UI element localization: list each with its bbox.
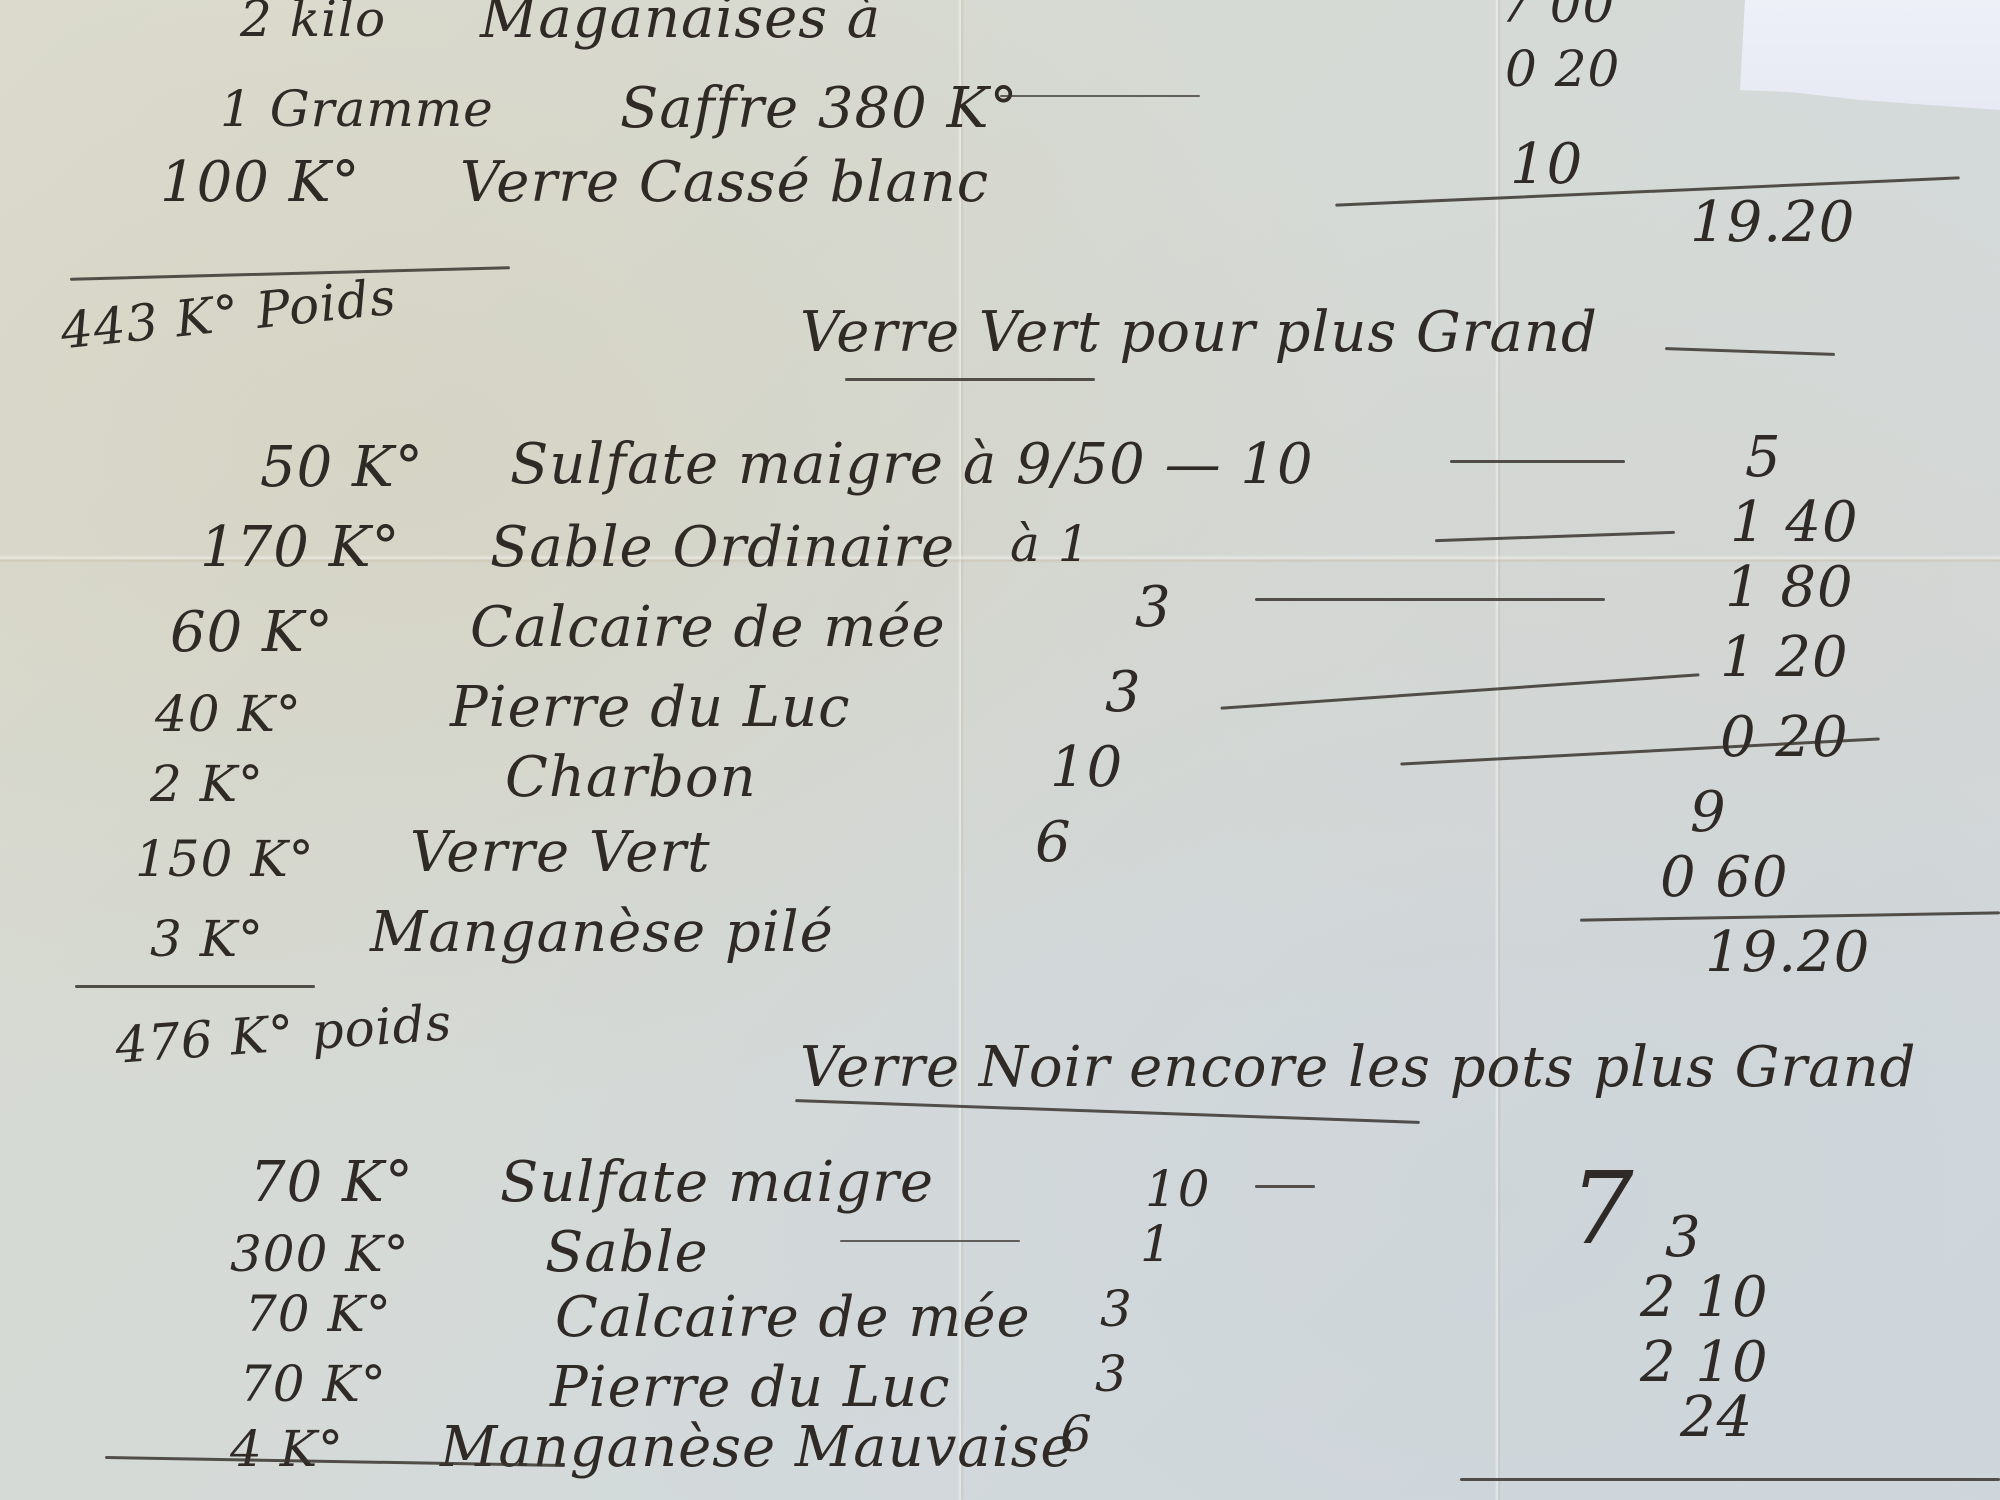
item-rate: 1 (1140, 1215, 1173, 1273)
item-qty: 70 K° (250, 1150, 414, 1215)
item-name: Pierre du Luc (550, 1355, 951, 1420)
item-qty: 150 K° (135, 830, 315, 888)
item-qty: 3 K° (150, 910, 264, 968)
item-amount: 0 20 (1720, 705, 1849, 770)
item-amount: 7 00 (1500, 0, 1615, 34)
item-qty: 60 K° (170, 600, 334, 665)
item-amount: 7 (1570, 1150, 1635, 1267)
item-qty: 70 K° (240, 1355, 387, 1413)
item-rate: 6 (1060, 1405, 1093, 1463)
document-photo: 2 kilo Maganaises à 7 00 1 Gramme Saffre… (0, 0, 2000, 1500)
item-name: Verre Cassé blanc (460, 150, 989, 215)
item-name: Maganaises à (480, 0, 881, 51)
leader-line (1450, 460, 1625, 463)
item-qty: 2 K° (150, 755, 264, 813)
item-name: Sable Ordinaire (490, 515, 955, 580)
item-qty: 2 kilo (240, 0, 386, 48)
subtotal-rule (1460, 1478, 2000, 1481)
subtotal-rule (75, 985, 315, 988)
item-rate: 3 (1105, 660, 1142, 725)
item-qty: 300 K° (230, 1225, 410, 1283)
section-heading: Verre Noir encore les pots plus Grand (800, 1035, 1916, 1100)
section-heading: Verre Vert pour plus Grand (800, 300, 1598, 365)
item-rate: 3 (1135, 575, 1172, 640)
item-amount: 2 10 (1640, 1265, 1769, 1330)
item-amount: 0 20 (1505, 40, 1620, 98)
item-amount: 3 (1665, 1205, 1702, 1270)
item-name: Calcaire de mée (470, 595, 946, 660)
item-qty: 70 K° (245, 1285, 392, 1343)
item-qty: 100 K° (160, 150, 361, 215)
leader-line (1255, 598, 1605, 601)
item-name: Sulfate maigre (500, 1150, 934, 1215)
total-amount: 19.20 (1705, 920, 1870, 985)
item-name: Pierre du Luc (450, 675, 851, 740)
item-qty: 40 K° (155, 685, 302, 743)
total-amount: 19.20 (1690, 190, 1855, 255)
item-name: Saffre 380 K° (620, 76, 1018, 141)
item-qty: 1 Gramme (220, 80, 494, 138)
item-amount: 24 (1680, 1385, 1753, 1450)
item-amount: 1 20 (1720, 625, 1849, 690)
leader-line (1255, 1185, 1315, 1188)
item-name: Manganèse pilé (370, 900, 834, 965)
item-amount: 1 80 (1725, 555, 1854, 620)
item-rate: 3 (1100, 1280, 1133, 1338)
item-amount: 1 40 (1730, 490, 1859, 555)
item-name: Charbon (505, 745, 757, 810)
item-amount: 10 (1510, 132, 1583, 197)
item-name: Sulfate maigre à 9/50 — 10 (510, 432, 1314, 497)
strike-line (1000, 95, 1200, 97)
item-name: Calcaire de mée (555, 1285, 1031, 1350)
leader-line (840, 1240, 1020, 1242)
item-name: Sable (545, 1220, 709, 1285)
item-amount: 0 60 (1660, 845, 1789, 910)
fold-crease-vertical-right (1495, 0, 1501, 1500)
fold-crease-vertical-left (958, 0, 964, 1500)
item-amount: 5 (1745, 425, 1782, 490)
item-rate: 10 (1050, 735, 1123, 800)
item-amount: 9 (1690, 780, 1727, 845)
item-rate: 10 (1145, 1160, 1211, 1218)
item-rate: 3 (1095, 1345, 1128, 1403)
item-name: Verre Vert (410, 820, 711, 885)
item-rate: 6 (1035, 810, 1072, 875)
heading-underline (845, 378, 1095, 381)
item-rate: à 1 (1010, 515, 1091, 573)
item-name: Manganèse Mauvaise (440, 1415, 1075, 1480)
item-qty: 50 K° (260, 435, 424, 500)
item-qty: 4 K° (230, 1420, 344, 1478)
item-qty: 170 K° (200, 515, 401, 580)
